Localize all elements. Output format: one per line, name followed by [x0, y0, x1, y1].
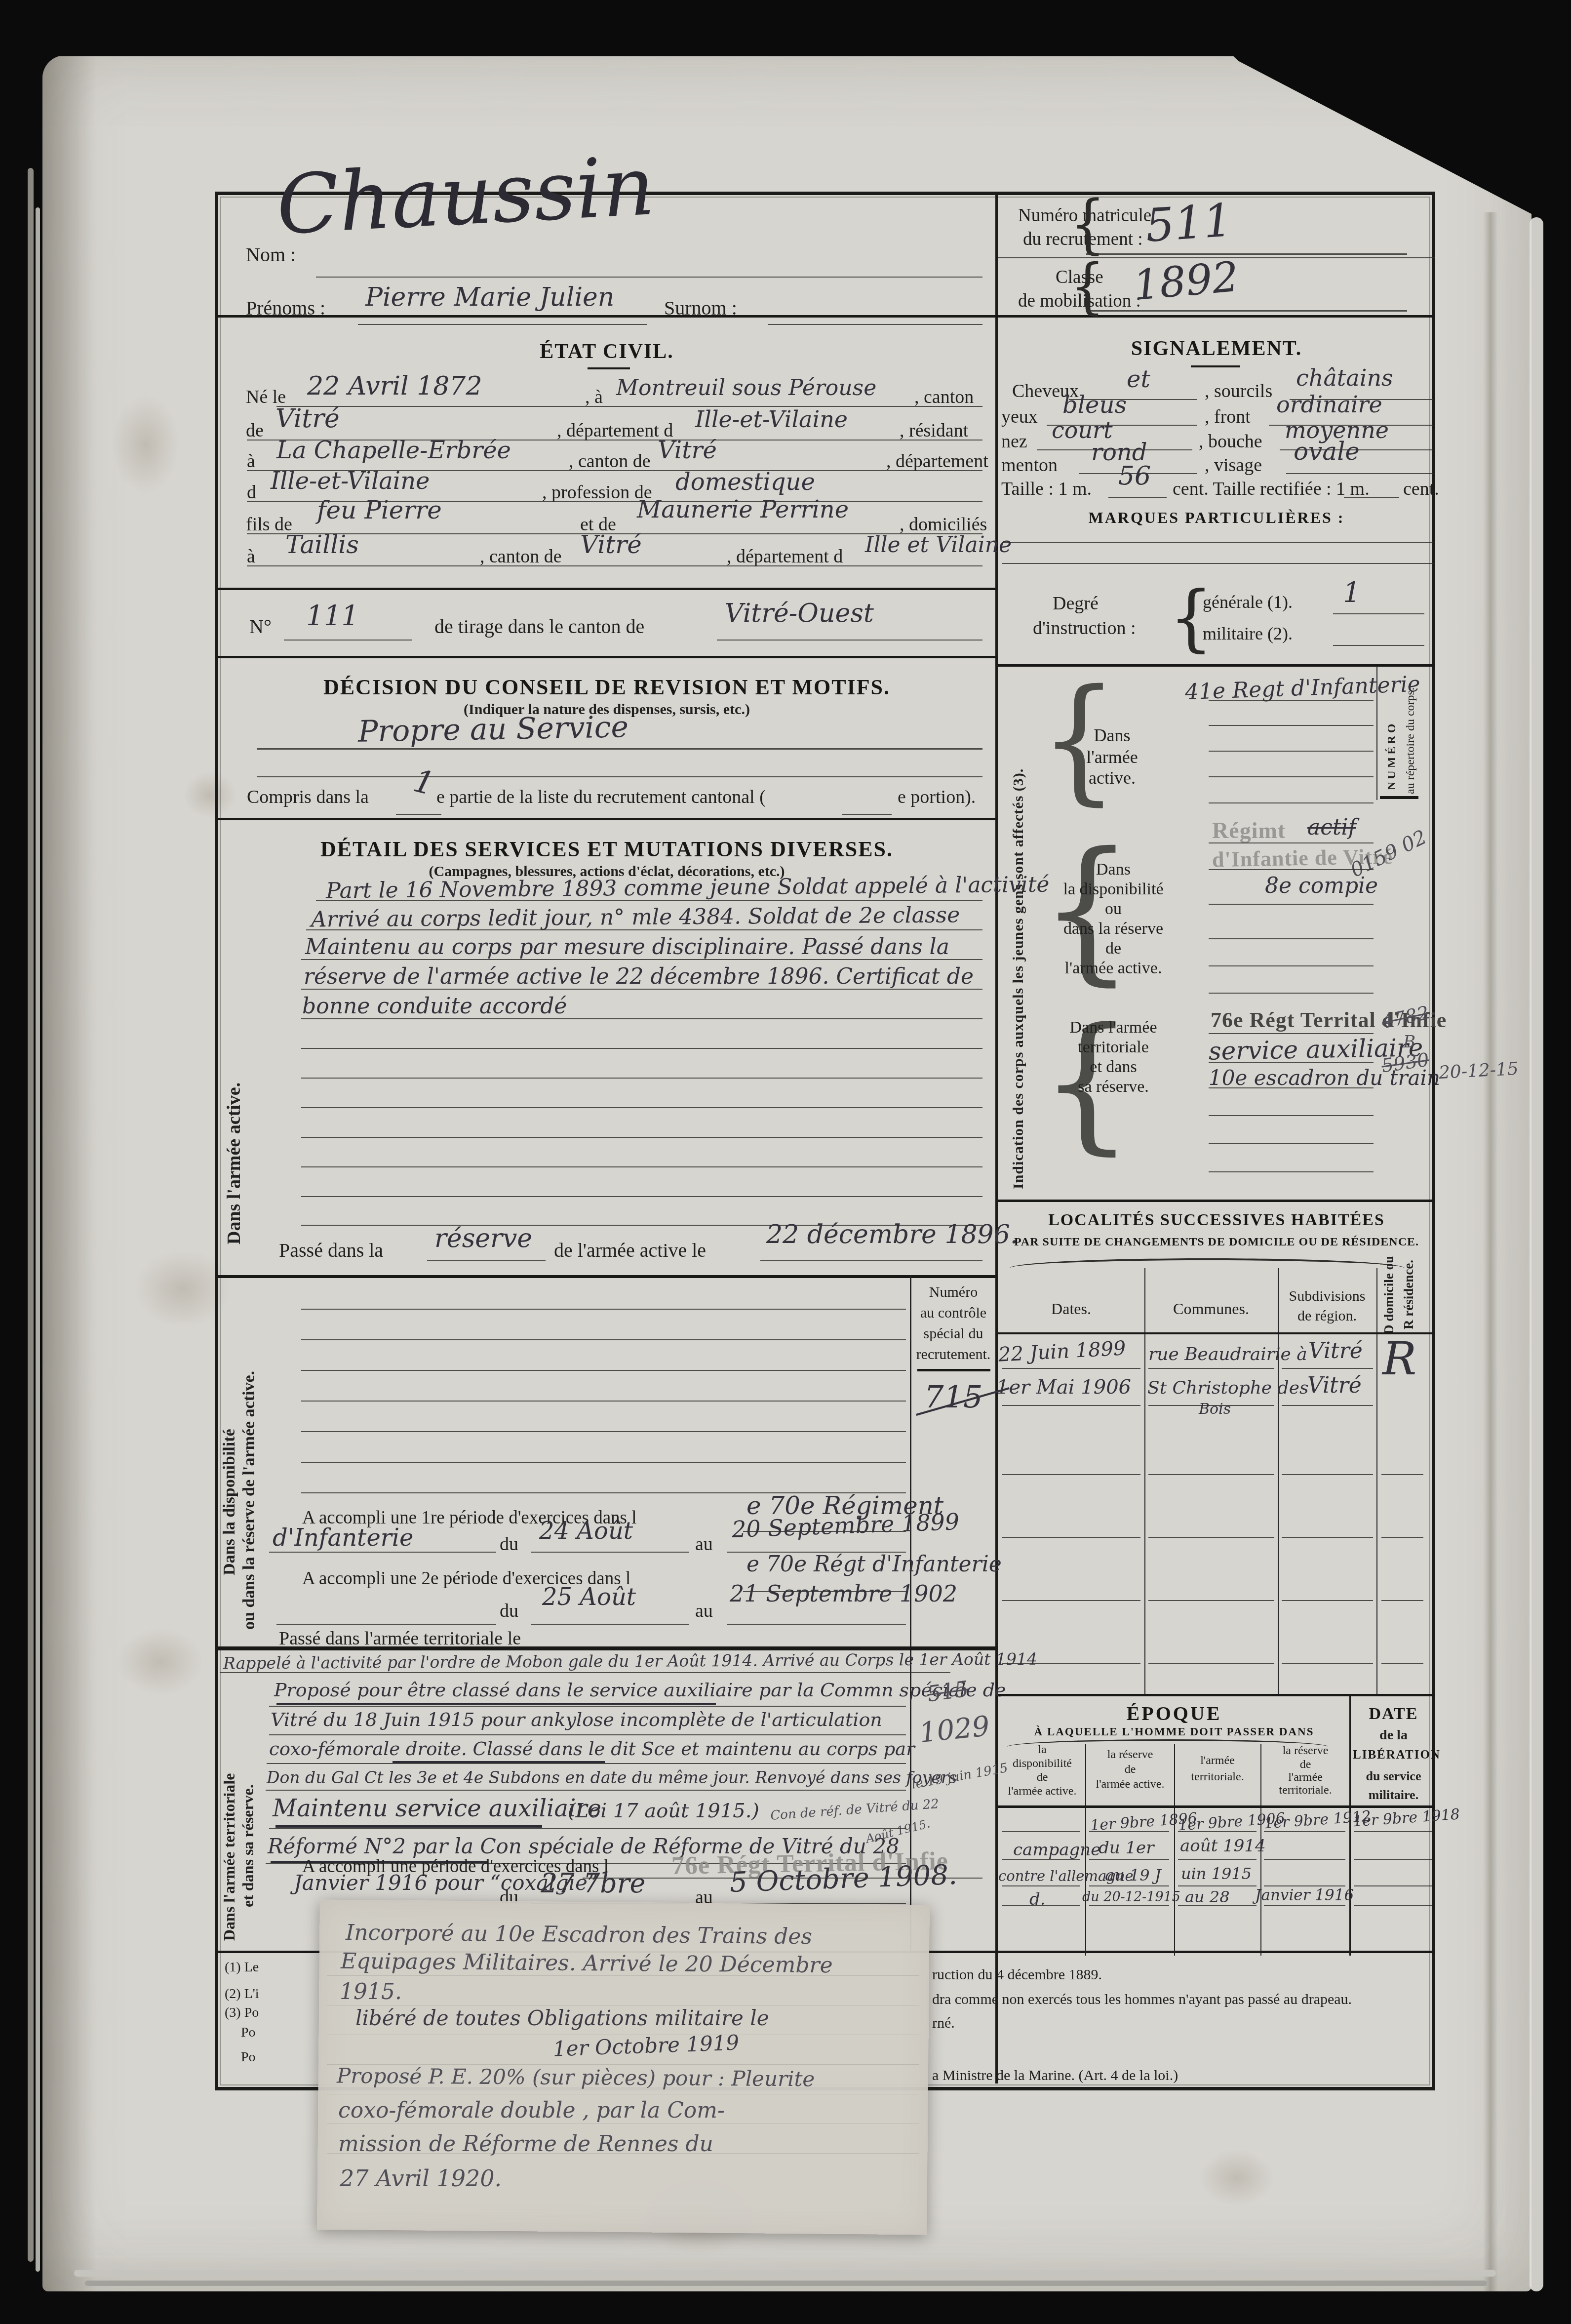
rule: [1089, 1905, 1169, 1906]
compagnie-value: 8e compie: [1265, 873, 1378, 898]
localite-row1-subdiv: Vitré: [1308, 1338, 1363, 1363]
rule: [1282, 1600, 1373, 1601]
territoriale-line-4: Don du Gal Ct les 3e et 4e Subdons en da…: [267, 1768, 957, 1787]
menton-label: menton: [1001, 454, 1058, 476]
sourcils-label: , sourcils: [1205, 380, 1272, 402]
epoque-col4-header: l'armée: [1263, 1771, 1348, 1784]
rule: [1333, 645, 1424, 646]
rule: [1264, 1831, 1345, 1832]
res-departement-value: Ille-et-Vilaine: [271, 467, 430, 495]
classe-value: 1892: [1131, 252, 1241, 310]
footnote-4: Po: [241, 2025, 256, 2041]
rule: [1209, 776, 1374, 777]
date-liberation-header: militaire.: [1353, 1788, 1434, 1803]
rule-heavy: [218, 315, 1435, 318]
rule: [1002, 1474, 1140, 1475]
rule: [1002, 542, 1433, 543]
rule: [1178, 1859, 1257, 1860]
corps-terr-label-2: territoriale: [1052, 1038, 1175, 1057]
canton-tirage-value: Vitré-Ouest: [725, 599, 874, 628]
territoriale-line-3: coxo-fémorale droite. Classé dans le dit…: [269, 1738, 915, 1760]
rule: [220, 1672, 950, 1673]
brace-glyph: {: [1070, 256, 1105, 316]
rule: [269, 1706, 906, 1707]
corps-dispo-label-5: de: [1052, 939, 1175, 958]
rule: [1148, 1368, 1274, 1369]
epoque-r4-au-28: au 28: [1185, 1887, 1230, 1906]
degre-label-1: Degré: [1053, 593, 1099, 614]
taille-cent-label: cent.: [1403, 478, 1439, 500]
rule: [1148, 1537, 1274, 1538]
localite-row2-subdiv: Vitré: [1307, 1373, 1362, 1398]
rule: [1333, 613, 1424, 614]
bouche-label: , bouche: [1199, 431, 1262, 452]
periode2-du: du: [500, 1600, 518, 1622]
col-dr-vertical-header-2: R résidence.: [1401, 1260, 1416, 1329]
slip-rule: [327, 2005, 919, 2005]
scanned-military-register-page: Chaussin Nom : Prénoms : Pierre Marie Ju…: [0, 0, 1571, 2324]
rule: [247, 565, 982, 566]
profession-label: , profession de: [542, 481, 652, 503]
compris-label-3: e portion).: [898, 786, 976, 808]
corps-active-label-2: l'armée active.: [1066, 747, 1158, 788]
rule: [1209, 1171, 1374, 1172]
rule: [1148, 1600, 1274, 1601]
slip-line-2: Equipages Militaires. Arrivé le 20 Décem…: [341, 1949, 833, 1978]
rule: [1148, 1663, 1274, 1664]
col-communes-header: Communes.: [1144, 1300, 1278, 1318]
rule: [768, 324, 982, 325]
dom-dept-value: Ille et Vilaine: [865, 532, 1012, 558]
corps-dispo-label-2: la disponibilité: [1052, 880, 1175, 899]
compris-label-2: e partie de la liste du recrutement cant…: [436, 786, 766, 808]
periode1-du: du: [500, 1533, 518, 1555]
rule: [1209, 1062, 1374, 1063]
rule: [301, 1137, 982, 1138]
rule: [301, 1048, 982, 1049]
rule: [1089, 1859, 1169, 1860]
periode3-date-debut: 27 7bre: [541, 1868, 646, 1899]
rule-heavy: [218, 818, 995, 820]
taille-value: 56: [1118, 461, 1151, 491]
epoque-col1-header: disponibilité: [1000, 1757, 1084, 1770]
stamp-regiment-vitre-1: Régimt: [1212, 817, 1286, 843]
rule: [301, 989, 982, 990]
rule: [1002, 1859, 1080, 1860]
rule: [1209, 725, 1374, 726]
yeux-label: yeux: [1001, 406, 1038, 428]
col-dr-vertical-header-1: D domicile ou: [1381, 1256, 1397, 1334]
res-canton-value: Vitré: [658, 437, 717, 464]
res-canton-label: , canton de: [569, 450, 651, 472]
epoque-r4-du-20-12: du 20-12-1915: [1082, 1889, 1180, 1905]
territoriale-vertical-label-2: et dans sa réserve.: [239, 1784, 257, 1907]
services-title: DÉTAIL DES SERVICES ET MUTATIONS DIVERSE…: [218, 837, 995, 862]
slip-line-3: 1915.: [340, 1979, 402, 2004]
stacked-page-edge: [28, 168, 34, 2262]
profession-value: domestique: [675, 468, 815, 496]
visage-label: , visage: [1205, 454, 1262, 476]
controle-header-3: spécial du: [912, 1325, 994, 1342]
rule: [1148, 1474, 1274, 1475]
rule: [306, 929, 982, 930]
periode1-au: au: [695, 1533, 713, 1555]
epoque-col2-header: l'armée active.: [1088, 1778, 1173, 1791]
rule: [1089, 1885, 1169, 1886]
tirage-texte: de tirage dans le canton de: [434, 615, 644, 638]
nom-value-signature: Chaussin: [275, 138, 657, 253]
footnote-2: (2) L'i: [225, 1986, 259, 2002]
passe-reserve-date: 22 décembre 1896.: [766, 1220, 1018, 1249]
localite-row2-commune: St Christophe des: [1147, 1378, 1308, 1398]
epoque-col2-header: de: [1088, 1763, 1173, 1776]
passe-reserve-label-2: de l'armée active le: [554, 1239, 706, 1262]
actif-struck: actif: [1307, 815, 1356, 840]
rule: [1282, 1537, 1373, 1538]
stacked-page-edge: [36, 207, 40, 2272]
rule: [1209, 1087, 1374, 1088]
degre-label-2: d'instruction :: [1033, 617, 1136, 639]
rule: [316, 900, 982, 901]
rule-heavy: [1380, 796, 1418, 799]
militaire-label: militaire (2).: [1203, 623, 1293, 644]
col-subdivisions-header-1: Subdivisions: [1278, 1288, 1376, 1305]
right-crease: [1483, 212, 1498, 2291]
decision-motif-value: Propre au Service: [357, 710, 628, 749]
paper-stain: [99, 375, 193, 514]
epoque-subtitle: À LAQUELLE L'HOMME DOIT PASSER DANS: [998, 1725, 1350, 1738]
page-left-shadow: [42, 55, 97, 2291]
compris-label: Compris dans la: [247, 786, 369, 808]
rule-heavy: [218, 1275, 995, 1278]
col-subdivisions-header-2: de région.: [1278, 1308, 1376, 1324]
epoque-r3-juin: uin 1915: [1181, 1864, 1252, 1883]
rule: [301, 959, 982, 960]
a-label: , à: [585, 386, 603, 408]
rule-heavy: [588, 367, 630, 369]
rule: [1209, 1143, 1374, 1144]
residence-value: La Chapelle-Erbrée: [276, 437, 511, 464]
rule: [358, 324, 647, 325]
dom-a-label: à: [247, 546, 255, 567]
decision-title: DÉCISION DU CONSEIL DE REVISION ET MOTIF…: [218, 675, 995, 700]
localite-row2-commune-suite: Bois: [1199, 1401, 1231, 1418]
services-line-3: Maintenu au corps par mesure disciplinai…: [305, 934, 949, 960]
de-label: de: [246, 420, 264, 441]
rule: [276, 1624, 496, 1625]
rule: [1002, 1663, 1140, 1664]
rule-heavy: [998, 1332, 1435, 1334]
epoque-col4-header: territoriale.: [1263, 1784, 1348, 1797]
slip-rule: [327, 2094, 919, 2094]
rule: [301, 1196, 982, 1197]
localites-title: LOCALITÉS SUCCESSIVES HABITÉES: [998, 1211, 1435, 1230]
canton-naissance-value: Vitré: [275, 404, 340, 434]
footnote-right-4: a Ministre de la Marine. (Art. 4 de la l…: [932, 2067, 1178, 2084]
rule: [301, 1078, 982, 1079]
front-label: , front: [1205, 406, 1251, 428]
yeux-value: bleus: [1062, 391, 1127, 419]
rule: [1209, 751, 1374, 752]
epoque-r3-au19: au 19 J: [1105, 1866, 1161, 1884]
corps-vertical-label: Indication des corps auxquels les jeunes…: [1010, 768, 1027, 1189]
taille-label: Taille : 1 m.: [1001, 478, 1092, 500]
footnote-5: Po: [241, 2049, 256, 2065]
rule: [1264, 1859, 1345, 1860]
rule: [1209, 842, 1374, 843]
rule: [301, 1339, 906, 1340]
col-dates-header: Dates.: [998, 1300, 1144, 1318]
rule: [1286, 473, 1433, 474]
epoque-col3-header: l'armée: [1176, 1754, 1259, 1767]
marge-date-20-12-15: 20-12-15: [1438, 1059, 1519, 1083]
table-rule-vertical: [1174, 1744, 1175, 1956]
rule: [1354, 1831, 1432, 1832]
services-line-5: bonne conduite accordé: [302, 994, 567, 1019]
rule: [301, 1431, 906, 1432]
departement2-label: , département: [886, 450, 988, 472]
rule: [1002, 1405, 1140, 1406]
column-divider: [995, 194, 998, 2084]
rule: [1209, 904, 1374, 905]
rule: [301, 1018, 982, 1019]
epoque-col2-header: la réserve: [1088, 1748, 1173, 1762]
rule: [267, 1763, 906, 1764]
controle-header-1: Numéro: [912, 1284, 994, 1301]
rule: [427, 1260, 546, 1261]
footnote-1: (1) Le: [225, 1960, 259, 1975]
right-page-edge: [1530, 217, 1543, 2291]
services-line-2: Arrivé au corps ledit jour, n° mle 4384.…: [311, 902, 960, 932]
epoque-col4-header: de: [1263, 1758, 1348, 1771]
lieu-naissance-value: Montreuil sous Pérouse: [616, 375, 876, 401]
rule-heavy: [1191, 365, 1240, 367]
periode1-date-debut: 24 Août: [539, 1517, 633, 1545]
epoque-r2-du: du 1er: [1099, 1838, 1154, 1858]
periode2-au: au: [695, 1600, 713, 1622]
rule: [1354, 1859, 1432, 1860]
rule: [1178, 1831, 1257, 1832]
rule: [1264, 1905, 1345, 1906]
epoque-title: ÉPOQUE: [998, 1702, 1350, 1725]
rule: [1344, 497, 1399, 498]
rule: [1381, 1600, 1423, 1601]
rule: [1209, 1115, 1374, 1116]
paper-stain: [1185, 2138, 1289, 2217]
nom-label: Nom :: [246, 243, 296, 266]
marge-B: B: [1403, 1032, 1415, 1052]
bottom-black-band: [0, 2292, 1571, 2324]
dom-dept-label: , département d: [727, 546, 843, 567]
epoque-col4-header: la réserve: [1263, 1744, 1348, 1758]
nez-label: nez: [1001, 431, 1027, 452]
rule: [266, 1790, 906, 1791]
dom-commune-value: Taillis: [285, 530, 359, 559]
epoque-r4-janvier: Janvier 1916: [1255, 1886, 1354, 1904]
residant-label: , résidant: [900, 420, 968, 441]
rule: [301, 1166, 982, 1167]
territoriale-vertical-label-1: Dans l'armée territoriale: [220, 1773, 238, 1941]
slip-line-7: coxo-fémorale double , par la Com-: [338, 2098, 725, 2123]
mere-value: Maunerie Perrine: [637, 496, 849, 523]
rule: [269, 1734, 906, 1735]
rule: [1002, 1905, 1080, 1906]
slip-line-8: mission de Réforme de Rennes du: [338, 2131, 713, 2157]
rule: [269, 1552, 496, 1553]
rule: [1148, 1405, 1274, 1406]
corps-active-label-1: Dans: [1066, 725, 1158, 746]
date-liberation-header: du service: [1353, 1769, 1434, 1784]
rule: [1354, 1885, 1432, 1886]
rule: [301, 1370, 906, 1371]
corps-dispo-label-4: dans la réserve: [1052, 920, 1175, 938]
emphasis-underline: [276, 1703, 716, 1705]
rule-heavy: [998, 1200, 1435, 1202]
periode2-date-debut: 25 Août: [542, 1583, 636, 1611]
dom-canton-label: , canton de: [480, 546, 562, 567]
rule: [1002, 1831, 1080, 1832]
footnote-right-3: rné.: [932, 2015, 955, 2032]
epoque-col1-header: l'armée active.: [1000, 1785, 1084, 1798]
rule: [842, 814, 892, 815]
rule: [531, 1552, 689, 1553]
rule: [727, 1624, 906, 1625]
maintenu-service-aux: Maintenu service auxiliaire: [273, 1795, 601, 1822]
generale-value: 1: [1343, 577, 1361, 609]
services-line-4: réserve de l'armée active le 22 décembre…: [304, 964, 974, 989]
localite-row1-commune: rue Beaudrairie à: [1148, 1344, 1307, 1364]
signalement-title: SIGNALEMENT.: [998, 337, 1435, 361]
repertoire-vertical-label-2: au répertoire du corps.: [1404, 687, 1417, 794]
rule: [1178, 1885, 1257, 1886]
disponibilite-vertical-label-1: Dans la disponibilité: [220, 1429, 239, 1575]
taille-rectifiee-label: cent. Taille rectifiée : 1 m.: [1173, 478, 1370, 500]
d-label: d: [247, 481, 256, 503]
rule: [1282, 1663, 1373, 1664]
territoriale-line-2: Vitré du 18 Juin 1915 pour ankylose inco…: [271, 1709, 882, 1730]
corps-terr-label-3: et dans: [1052, 1058, 1175, 1077]
res-a-label: à: [247, 450, 255, 472]
rule: [1282, 1368, 1373, 1369]
epoque-r4-d: d.: [1029, 1889, 1046, 1909]
rule: [1209, 1033, 1374, 1034]
footnote-3: (3) Po: [225, 2005, 259, 2021]
epoque-col1-header: la: [1000, 1743, 1084, 1757]
corps-terr-label-1: Dans l'armée: [1052, 1018, 1175, 1037]
matricule-value: 511: [1143, 194, 1234, 252]
rule: [1381, 1537, 1423, 1538]
rule: [301, 1401, 906, 1402]
generale-label: générale (1).: [1203, 592, 1293, 612]
rule: [301, 1309, 906, 1310]
controle-header-4: recrutement.: [912, 1346, 994, 1363]
slip-line-6: Proposé P. E. 20% (sur pièces) pour : Pl…: [337, 2064, 815, 2091]
rule-heavy: [998, 1694, 1435, 1696]
periode1-infanterie: d'Infanterie: [273, 1524, 414, 1552]
rule: [1282, 1474, 1373, 1475]
departement-value: Ille-et-Vilaine: [695, 406, 848, 433]
marques-label: MARQUES PARTICULIÈRES :: [998, 509, 1435, 527]
rule: [301, 1107, 982, 1108]
rule-heavy: [917, 1369, 990, 1371]
paper-stain: [101, 1615, 220, 1709]
rule: [316, 277, 982, 278]
rule: [1209, 869, 1374, 870]
territoriale-line-1: Proposé pour être classé dans le service…: [274, 1679, 1006, 1701]
numero-tirage-label: N°: [249, 615, 272, 638]
epoque-col3-header: territoriale.: [1176, 1770, 1259, 1784]
rule-heavy: [218, 656, 995, 658]
corps-dispo-label-3: ou: [1052, 900, 1175, 919]
rule: [1089, 1831, 1169, 1832]
footnote-right-2: dra comme non exercés tous les hommes n'…: [932, 1991, 1352, 2008]
rule: [284, 640, 412, 641]
controle-header-2: au contrôle: [912, 1305, 994, 1322]
slip-rule: [327, 2124, 919, 2124]
ne-le-value: 22 Avril 1872: [307, 371, 482, 401]
rule: [1086, 253, 1407, 255]
rule: [1178, 1905, 1257, 1906]
rule: [531, 1624, 689, 1625]
rule: [1381, 1663, 1423, 1664]
rule: [1002, 1885, 1080, 1886]
rule: [1002, 1600, 1140, 1601]
footnote-right-1: ruction du 4 décembre 1889.: [932, 1966, 1102, 1983]
pere-value: feu Pierre: [317, 496, 442, 524]
rule: [1002, 563, 1433, 564]
rule: [1209, 993, 1374, 994]
localites-subtitle: PAR SUITE DE CHANGEMENTS DE DOMICILE OU …: [998, 1236, 1435, 1249]
right-black-band: [1548, 0, 1571, 2324]
canton-label: , canton: [914, 386, 974, 408]
localite-dr-value: R: [1382, 1332, 1416, 1385]
slip-line-9: 27 Avril 1920.: [340, 2165, 502, 2192]
corps-terr-label-4: sa réserve.: [1052, 1078, 1175, 1096]
rule: [301, 1462, 906, 1463]
sourcils-value: châtains: [1296, 364, 1393, 391]
date-liberation-header: LIBÉRATION: [1353, 1748, 1434, 1762]
armee-active-vertical-label: Dans l'armée active.: [223, 1082, 245, 1244]
rule: [1209, 938, 1374, 939]
passe-reserve-value: réserve: [434, 1224, 532, 1253]
loi-1915-note: (Loi 17 août 1915.): [568, 1800, 759, 1822]
numero-tirage-value: 111: [306, 600, 359, 632]
date-liberation-header: DATE: [1353, 1705, 1434, 1723]
rule: [1209, 965, 1374, 966]
front-value: ordinaire: [1276, 391, 1382, 418]
emphasis-underline: [275, 1825, 542, 1828]
epoque-r2-aout: août 1914: [1180, 1836, 1266, 1856]
rule: [269, 1828, 906, 1829]
rule: [1381, 1474, 1423, 1475]
localite-row2-date: 1er Mai 1906: [996, 1376, 1131, 1399]
repertoire-vertical-label-1: NUMÉRO: [1385, 721, 1399, 790]
rule: [1209, 802, 1374, 803]
stacked-page-edge: [85, 2281, 1487, 2286]
epoque-col1-header: de: [1000, 1771, 1084, 1784]
etat-civil-title: ÉTAT CIVIL.: [218, 340, 995, 363]
disponibilite-vertical-label-2: ou dans la réserve de l'armée active.: [240, 1371, 259, 1630]
rule: [1209, 700, 1374, 701]
slip-line-4: libéré de toutes Obligations militaire l…: [355, 2006, 769, 2030]
dom-canton-value: Vitré: [580, 530, 642, 559]
visage-value: ovale: [1294, 437, 1360, 466]
rule: [257, 748, 982, 750]
prenoms-value: Pierre Marie Julien: [365, 282, 614, 312]
passe-reserve-label: Passé dans la: [279, 1239, 383, 1262]
periode2-regiment: e 70e Régt d'Infanterie: [746, 1552, 1002, 1577]
stacked-page-edge: [74, 2270, 1496, 2277]
